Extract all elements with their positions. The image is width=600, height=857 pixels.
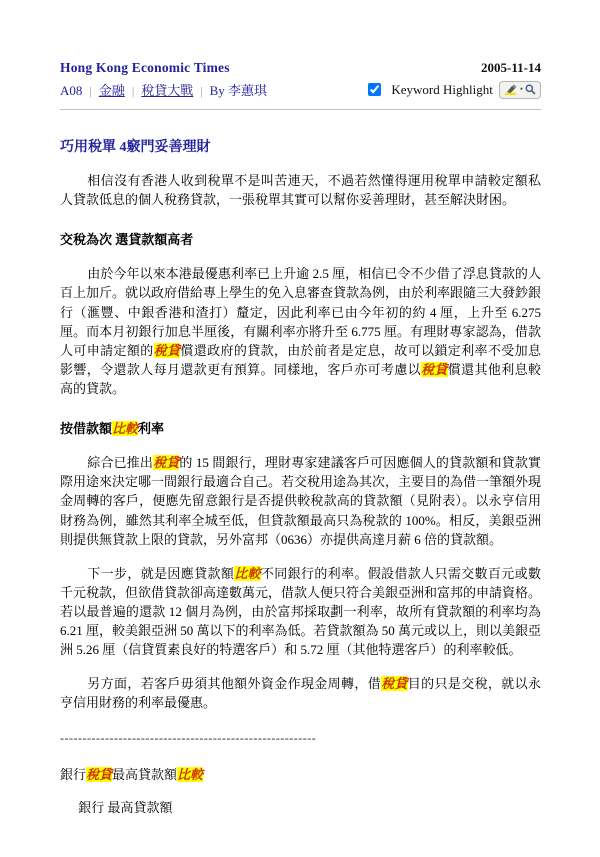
- highlighted-keyword: 稅貸: [86, 767, 112, 782]
- text-segment: 下一步，就是因應貸款額: [87, 566, 234, 581]
- article-page: Hong Kong Economic Times 2005-11-14 A08 …: [0, 0, 600, 857]
- highlight-search-button[interactable]: •: [499, 81, 541, 99]
- highlighted-keyword: 比較: [234, 566, 261, 581]
- text-segment: 銀行: [60, 767, 86, 782]
- text-segment: 交稅為次 選貸款額高者: [60, 232, 193, 247]
- article-paragraph: 綜合已推出稅貸的 15 間銀行，理財專家建議客戶可因應個人的貸款額和貸款實際用途…: [60, 453, 541, 549]
- breadcrumb-separator: |: [132, 84, 134, 99]
- article-paragraph: 由於今年以來本港最優惠利率已上升逾 2.5 厘，相信已令不少借了浮息貸款的人百上…: [60, 264, 541, 398]
- keyword-highlight-checkbox[interactable]: [368, 83, 381, 96]
- text-segment: 銀行 最高貸款額: [78, 800, 172, 815]
- article-paragraph: 另方面，若客戶毋須其他額外資金作現金周轉，借稅貸目的只是交稅，就以永亨信用財務的…: [60, 674, 541, 712]
- breadcrumb: A08 | 金融 | 稅貸大戰 | By 李蕙琪: [60, 80, 267, 99]
- table-title-line: 銀行稅貸最高貸款額比較: [60, 765, 541, 784]
- highlighted-keyword: 稅貸: [421, 362, 448, 377]
- article-body: 相信沒有香港人收到稅單不是叫苦連天，不過若然懂得運用稅單申請較定額私人貸款低息的…: [60, 171, 541, 817]
- article-paragraph: 相信沒有香港人收到稅單不是叫苦連天，不過若然懂得運用稅單申請較定額私人貸款低息的…: [60, 171, 541, 209]
- source-title: Hong Kong Economic Times: [60, 60, 230, 76]
- magnifier-icon: [525, 84, 536, 95]
- header-meta-row: A08 | 金融 | 稅貸大戰 | By 李蕙琪 Keyword Highlig…: [60, 80, 541, 99]
- highlighter-pen-icon: [504, 84, 518, 95]
- button-dot-separator: •: [520, 85, 523, 94]
- page-header: Hong Kong Economic Times 2005-11-14: [60, 60, 541, 76]
- breadcrumb-separator: |: [200, 84, 202, 99]
- text-segment: 最高貸款額: [112, 767, 177, 782]
- keyword-highlight-control: Keyword Highlight •: [368, 81, 541, 99]
- byline: By 李蕙琪: [210, 80, 267, 99]
- highlighted-keyword: 比較: [177, 767, 203, 782]
- breadcrumb-separator: |: [89, 84, 91, 99]
- highlighted-keyword: 比較: [112, 421, 138, 436]
- text-segment: 相信沒有香港人收到稅單不是叫苦連天，不過若然懂得運用稅單申請較定額私人貸款低息的…: [60, 173, 541, 207]
- text-segment: 利率: [138, 421, 164, 436]
- page-number: A08: [60, 83, 82, 99]
- text-segment: 按借款額: [60, 421, 112, 436]
- dashed-divider: ----------------------------------------…: [60, 730, 541, 748]
- text-segment: 另方面，若客戶毋須其他額外資金作現金周轉，借: [87, 676, 381, 691]
- topic-link[interactable]: 稅貸大戰: [141, 80, 193, 99]
- article-title: 巧用稅單 4竅門妥善理財: [60, 136, 541, 156]
- keyword-highlight-label: Keyword Highlight: [391, 82, 492, 98]
- article-subhead: 交稅為次 選貸款額高者: [60, 230, 541, 249]
- table-header-line: 銀行 最高貸款額: [60, 798, 541, 817]
- article-date: 2005-11-14: [481, 60, 541, 76]
- section-link[interactable]: 金融: [99, 80, 125, 99]
- article-subhead: 按借款額比較利率: [60, 419, 541, 438]
- highlighted-keyword: 稅貸: [153, 455, 179, 470]
- header-divider: [60, 109, 541, 110]
- article-paragraph: 下一步，就是因應貸款額比較不同銀行的利率。假設借款人只需交數百元或數千元稅款，但…: [60, 564, 541, 660]
- highlighted-keyword: 稅貸: [381, 676, 408, 691]
- highlighted-keyword: 稅貸: [154, 343, 181, 358]
- text-segment: 綜合已推出: [87, 455, 153, 470]
